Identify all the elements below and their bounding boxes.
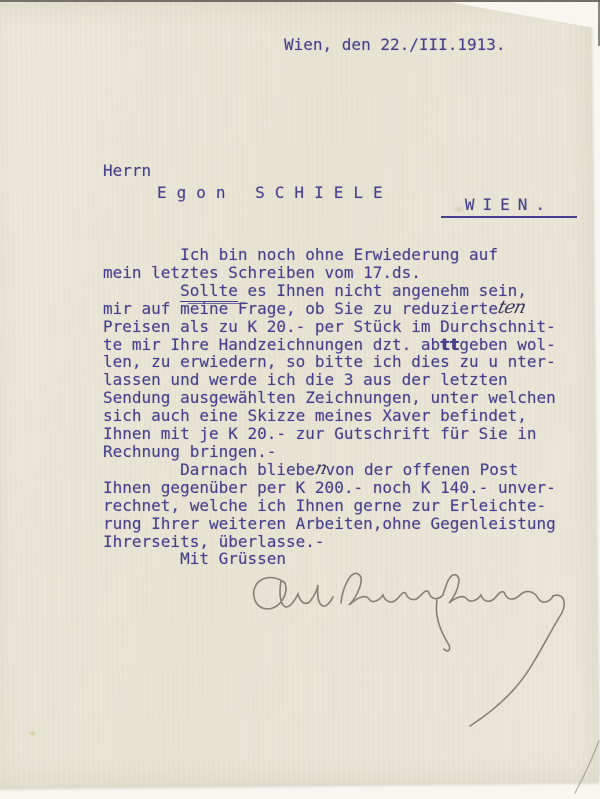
body-line: len, zu erwiedern, so bitte ich dies zu … [103, 353, 556, 371]
body-line: lassen und werde ich die 3 aus der letzt… [103, 371, 556, 389]
body-line: mein letztes Schreiben vom 17.ds. [103, 264, 556, 282]
letter-body: Ich bin noch ohne Erwiederung aufmein le… [103, 246, 556, 568]
typed-text: Sendung ausgewählten Zeichnungen, unter … [103, 388, 556, 407]
body-line: Mit Grüssen [103, 550, 556, 568]
typed-text: Ihrerseits, überlasse.- [103, 532, 325, 551]
body-line: Sollte es Ihnen nicht angenehm sein, [103, 282, 556, 300]
typed-text: eine F [190, 299, 248, 318]
typed-text: Darnach bliebe [103, 460, 315, 479]
body-line: rechnet, welche ich Ihnen gerne zur Erle… [103, 497, 556, 515]
date-line: Wien, den 22./III.1913. [284, 36, 506, 54]
typed-text: mein letztes Schreiben vom 17.ds. [103, 263, 421, 282]
body-line: rung Ihrer weiteren Arbeiten,ohne Gegenl… [103, 515, 556, 533]
typed-text: mir auf m [103, 299, 190, 318]
typed-text: tt [440, 335, 459, 354]
body-line: mir auf meine Frage, ob Sie zu reduziert… [103, 300, 556, 318]
body-line: Ihrerseits, überlasse.- [103, 533, 556, 551]
body-line: Ich bin noch ohne Erwiederung auf [103, 246, 556, 264]
typed-text: Ihnen mit je K 20.- zur Gutschrift für S… [103, 424, 536, 443]
typed-text: geben wol- [459, 335, 555, 354]
typed-text: te mir Ihre Handzeichnungen dzt. ab [103, 335, 440, 354]
typed-text: rechnet, welche ich Ihnen gerne zur Erle… [103, 496, 546, 515]
typed-text: Preisen als zu K 20.- per Stück im Durch… [103, 317, 556, 336]
typed-text: rung Ihrer weiteren Arbeiten,ohne Gegenl… [103, 514, 556, 533]
handwritten-correction: ten [496, 299, 527, 317]
typed-text: sich auch eine Skizze meines Xaver befin… [103, 406, 527, 425]
typed-text [103, 281, 180, 300]
typed-text: lassen und werde ich die 3 aus der letzt… [103, 370, 508, 389]
letter-photograph: { "colors":{"ink":"#473f8d","paper":"#e9… [0, 0, 600, 799]
body-line: Preisen als zu K 20.- per Stück im Durch… [103, 318, 556, 336]
typed-text: Ihnen gegenüber per K 200.- noch K 140.-… [103, 478, 556, 497]
body-line: Ihnen mit je K 20.- zur Gutschrift für S… [103, 425, 556, 443]
body-line: Ihnen gegenüber per K 200.- noch K 140.-… [103, 479, 556, 497]
typed-text: Ich bin noch ohne Erwiederung auf [103, 245, 498, 264]
salutation: Herrn [103, 162, 151, 180]
typed-text: rage, ob Sie zu reduzierte [248, 299, 498, 318]
body-line: te mir Ihre Handzeichnungen dzt. abttgeb… [103, 336, 556, 354]
body-line: Darnach bliebenvon der offenen Post [103, 461, 556, 479]
typed-text: len, zu erwiedern, so bitte ich dies zu … [103, 352, 556, 371]
letter-content: Wien, den 22./III.1913. Herrn Egon SCHIE… [0, 0, 600, 799]
body-line: sich auch eine Skizze meines Xaver befin… [103, 407, 556, 425]
recipient-city: WIEN. [441, 196, 577, 218]
recipient-name: Egon SCHIELE [157, 184, 393, 202]
body-line: Rechnung bringen.- [103, 443, 556, 461]
body-line: Sendung ausgewählten Zeichnungen, unter … [103, 389, 556, 407]
typed-text: es Ihnen nicht angenehm sein, [238, 281, 527, 300]
typed-text: von der offenen Post [326, 460, 519, 479]
typed-text: Rechnung bringen.- [103, 442, 276, 461]
typed-text: Mit Grüssen [103, 549, 286, 568]
